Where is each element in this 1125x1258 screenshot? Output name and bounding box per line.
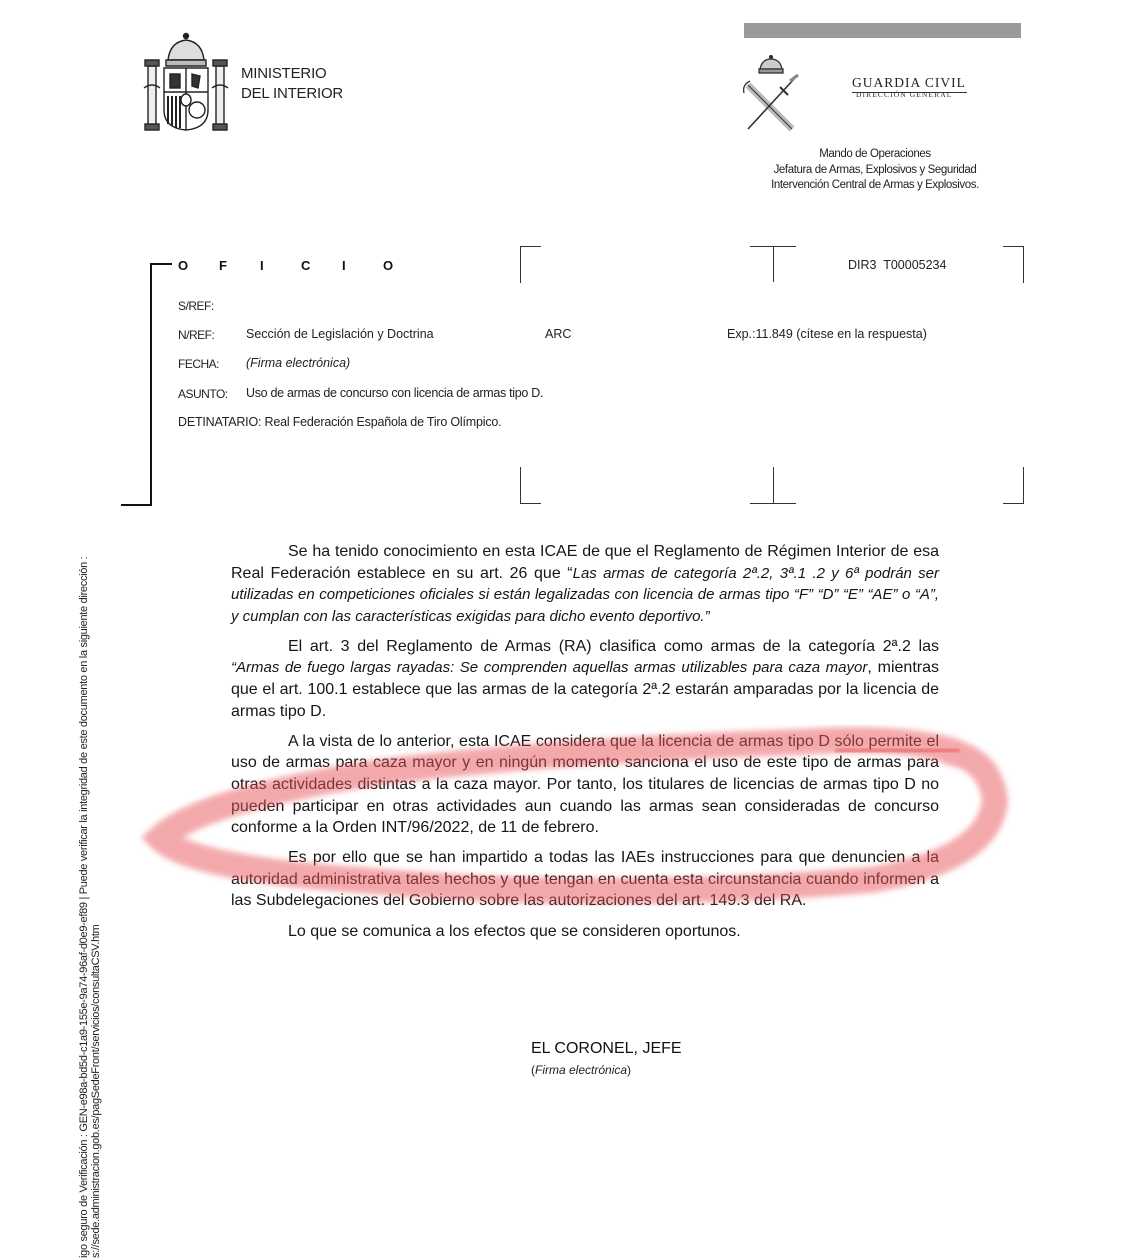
csv-line-1: igo seguro de Verificación : GEN-e98a-bd… <box>78 557 90 1258</box>
signature-subtitle: (Firma electrónica) <box>531 1063 631 1077</box>
asunto-value: Uso de armas de concurso con licencia de… <box>246 386 543 400</box>
expediente: Exp.:11.849 (cítese en la respuesta) <box>727 327 927 341</box>
document-body: Se ha tenido conocimiento en esta ICAE d… <box>231 541 939 951</box>
organization-lines: Mando de Operaciones Jefatura de Armas, … <box>760 147 990 194</box>
dir3-code: DIR3 T00005234 <box>848 258 946 272</box>
paragraph-2: El art. 3 del Reglamento de Armas (RA) c… <box>231 636 939 722</box>
asunto-label: ASUNTO: <box>178 387 228 401</box>
oficio-letter: F <box>219 258 260 273</box>
csv-verification-text: igo seguro de Verificación : GEN-e98a-bd… <box>78 557 102 1258</box>
fecha-value: (Firma electrónica) <box>246 356 350 370</box>
frame-tee <box>750 246 796 282</box>
nref-code: ARC <box>545 327 571 341</box>
frame-corner <box>1003 246 1024 283</box>
paragraph-text: El art. 3 del Reglamento de Armas (RA) c… <box>288 638 939 655</box>
frame-corner <box>520 467 541 504</box>
nref-value: Sección de Legislación y Doctrina <box>246 327 434 341</box>
oficio-letter: C <box>301 258 342 273</box>
frame-tee <box>750 467 796 504</box>
quoted-text: “Armas de fuego largas rayadas: Se compr… <box>231 659 867 676</box>
paragraph-1: Se ha tenido conocimiento en esta ICAE d… <box>231 541 939 627</box>
org-line-1: Mando de Operaciones <box>760 147 990 163</box>
paragraph-4: Es por ello que se han impartido a todas… <box>231 847 939 912</box>
ministry-line-2: DEL INTERIOR <box>241 84 343 104</box>
org-line-2: Jefatura de Armas, Explosivos y Segurida… <box>760 163 990 179</box>
frame-left-top <box>150 263 172 265</box>
org-line-3: Intervención Central de Armas y Explosiv… <box>760 178 990 194</box>
csv-line-2: s://sede.administracion.gob.es/pagSedeFr… <box>90 557 102 1258</box>
fecha-label: FECHA: <box>178 357 219 371</box>
ministry-name: MINISTERIO DEL INTERIOR <box>241 64 343 104</box>
oficio-letter: I <box>342 258 383 273</box>
spain-coat-of-arms-icon <box>140 30 232 134</box>
destinatario: DETINATARIO: Real Federación Española de… <box>178 415 501 429</box>
oficio-letter: O <box>178 258 219 273</box>
oficio-letter: O <box>383 258 424 273</box>
ministry-line-1: MINISTERIO <box>241 64 343 84</box>
paragraph-3: A la vista de lo anterior, esta ICAE con… <box>231 731 939 839</box>
frame-corner <box>520 246 541 283</box>
oficio-title: OFICIO <box>178 258 424 273</box>
signature-title: EL CORONEL, JEFE <box>531 1040 682 1058</box>
frame-corner <box>1003 467 1024 504</box>
paragraph-5: Lo que se comunica a los efectos que se … <box>231 921 939 943</box>
header-gray-bar <box>744 23 1021 38</box>
frame-left-line <box>150 263 152 506</box>
oficio-letter: I <box>260 258 301 273</box>
nref-label: N/REF: <box>178 328 214 342</box>
frame-left-bottom <box>121 504 152 506</box>
guardia-civil-emblem-icon <box>740 55 802 133</box>
guardia-civil-subtitle: DIRECCIÓN GENERAL <box>856 90 952 99</box>
sref-label: S/REF: <box>178 299 214 313</box>
